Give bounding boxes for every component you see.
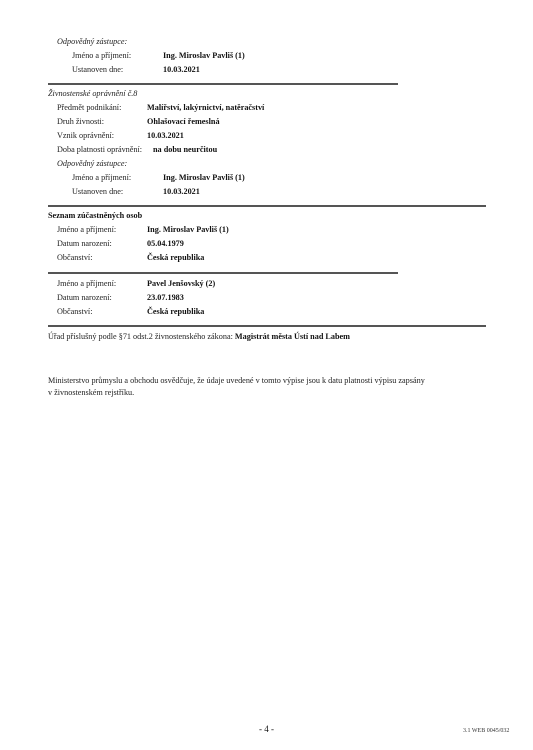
rep-appointed-value: 10.03.2021	[163, 65, 200, 74]
person-citizenship-value: Česká republika	[147, 253, 204, 262]
validity-label: Doba platnosti oprávnění:	[57, 145, 142, 154]
validity-value: na dobu neurčitou	[153, 145, 217, 154]
type-value: Ohlašovací řemeslná	[147, 117, 220, 126]
page-number: - 4 -	[259, 724, 274, 734]
divider	[48, 205, 486, 207]
office-label: Úřad příslušný podle §71 odst.2 živnoste…	[48, 332, 233, 341]
person-birth-value: 05.04.1979	[147, 239, 184, 248]
person-divider	[48, 272, 398, 274]
type-label: Druh živnosti:	[57, 117, 104, 126]
participants-heading: Seznam zúčastněných osob	[48, 211, 142, 220]
rep-appointed-label: Ustanoven dne:	[72, 65, 123, 74]
divider	[48, 325, 486, 327]
person-citizenship-value: Česká republika	[147, 307, 204, 316]
license-rep-appointed-label: Ustanoven dne:	[72, 187, 123, 196]
person-name-label: Jméno a příjmení:	[57, 279, 116, 288]
person-birth-label: Datum narození:	[57, 239, 112, 248]
certification-line-2: v živnostenském rejstříku.	[48, 388, 134, 397]
rep-name-value: Ing. Miroslav Pavliš (1)	[163, 51, 245, 60]
license-rep-name-label: Jméno a příjmení:	[72, 173, 131, 182]
license-rep-heading: Odpovědný zástupce:	[57, 159, 127, 168]
document-code: 3.1 WEB 0045/032	[463, 728, 509, 734]
person-name-value: Ing. Miroslav Pavliš (1)	[147, 225, 229, 234]
license-rep-appointed-value: 10.03.2021	[163, 187, 200, 196]
divider	[48, 83, 398, 85]
office-value: Magistrát města Ústí nad Labem	[235, 332, 350, 341]
person-name-label: Jméno a příjmení:	[57, 225, 116, 234]
person-name-value: Pavel Jenšovský (2)	[147, 279, 215, 288]
subject-label: Předmět podnikání:	[57, 103, 121, 112]
license-rep-name-value: Ing. Miroslav Pavliš (1)	[163, 173, 245, 182]
person-citizenship-label: Občanství:	[57, 307, 92, 316]
origin-value: 10.03.2021	[147, 131, 184, 140]
subject-value: Malířství, lakýrnictví, natěračství	[147, 103, 264, 112]
license-heading: Živnostenské oprávnění č.8	[48, 89, 137, 98]
person-birth-value: 23.07.1983	[147, 293, 184, 302]
certification-line-1: Ministerstvo průmyslu a obchodu osvědčuj…	[48, 376, 425, 385]
rep-name-label: Jméno a příjmení:	[72, 51, 131, 60]
person-citizenship-label: Občanství:	[57, 253, 92, 262]
origin-label: Vznik oprávnění:	[57, 131, 114, 140]
office-line: Úřad příslušný podle §71 odst.2 živnoste…	[48, 332, 350, 341]
responsible-rep-heading: Odpovědný zástupce:	[57, 37, 127, 46]
person-birth-label: Datum narození:	[57, 293, 112, 302]
